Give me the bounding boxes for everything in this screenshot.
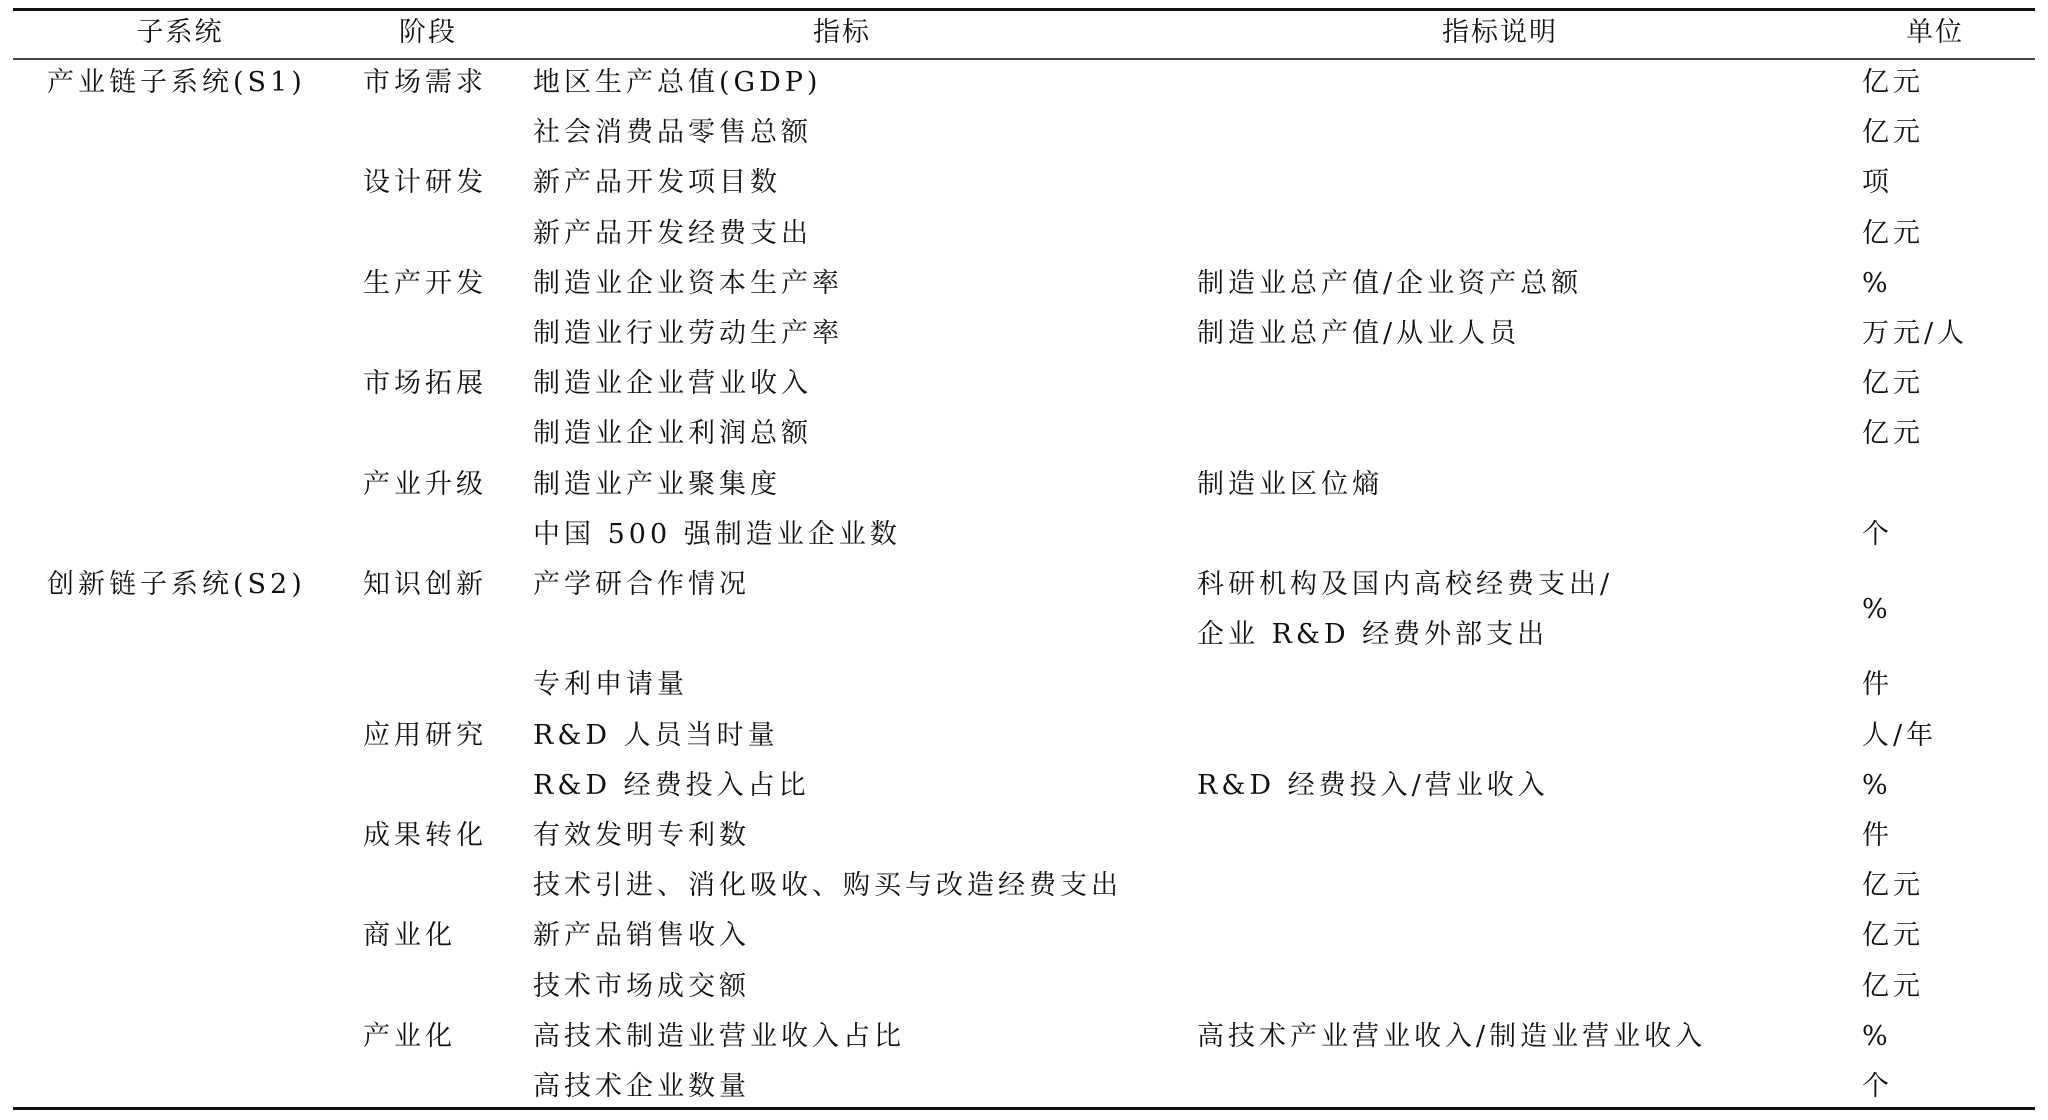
stage-label: 成果转化 xyxy=(363,819,487,853)
indicator-cell: 新产品开发经费支出 xyxy=(533,217,812,251)
unit-cell: 个 xyxy=(1862,518,1893,552)
indicator-cell: 新产品开发项目数 xyxy=(533,166,781,200)
header-subsystem: 子系统 xyxy=(137,16,224,50)
indicator-cell: 地区生产总值(GDP) xyxy=(533,66,821,100)
indicator-cell: 技术市场成交额 xyxy=(533,970,750,1004)
subsystem-label: 产业链子系统(S1) xyxy=(47,66,306,100)
header-stage: 阶段 xyxy=(399,16,457,50)
indicator-cell: 制造业行业劳动生产率 xyxy=(533,317,843,351)
indicator-cell: 中国 500 强制造业企业数 xyxy=(533,518,901,552)
unit-cell: 亿元 xyxy=(1862,367,1924,401)
description-cell: 制造业区位熵 xyxy=(1197,468,1383,502)
unit-cell: % xyxy=(1862,593,1892,627)
indicator-cell: 制造业企业资本生产率 xyxy=(533,267,843,301)
stage-label: 产业升级 xyxy=(363,468,487,502)
indicator-cell: R&D 经费投入占比 xyxy=(533,769,810,803)
unit-cell: % xyxy=(1862,267,1892,301)
unit-cell: 万元/人 xyxy=(1862,317,1968,351)
unit-cell: 亿元 xyxy=(1862,116,1924,150)
header-unit: 单位 xyxy=(1906,16,1964,50)
indicator-cell: 社会消费品零售总额 xyxy=(533,116,812,150)
table-top-rule xyxy=(13,8,2035,11)
indicator-cell: 制造业企业利润总额 xyxy=(533,417,812,451)
header-rule xyxy=(13,58,2035,60)
stage-label: 商业化 xyxy=(363,919,456,953)
indicator-cell: 新产品销售收入 xyxy=(533,919,750,953)
unit-cell: 亿元 xyxy=(1862,217,1924,251)
indicator-cell: R&D 人员当时量 xyxy=(533,719,779,753)
unit-cell: 项 xyxy=(1862,166,1893,200)
description-cell: 制造业总产值/企业资产总额 xyxy=(1197,267,1582,301)
description-cell: R&D 经费投入/营业收入 xyxy=(1197,769,1549,803)
stage-label: 市场需求 xyxy=(363,66,487,100)
unit-cell: 个 xyxy=(1862,1070,1893,1104)
description-cell-line2: 企业 R&D 经费外部支出 xyxy=(1197,618,1548,652)
unit-cell: % xyxy=(1862,769,1892,803)
unit-cell: 亿元 xyxy=(1862,417,1924,451)
stage-label: 知识创新 xyxy=(363,568,487,602)
indicator-cell: 制造业企业营业收入 xyxy=(533,367,812,401)
indicator-cell: 技术引进、消化吸收、购买与改造经费支出 xyxy=(533,869,1122,903)
stage-label: 产业化 xyxy=(363,1020,456,1054)
unit-cell: % xyxy=(1862,1020,1892,1054)
stage-label: 市场拓展 xyxy=(363,367,487,401)
unit-cell: 亿元 xyxy=(1862,970,1924,1004)
header-description: 指标说明 xyxy=(1442,16,1558,50)
header-indicator: 指标 xyxy=(813,16,871,50)
table-bottom-rule xyxy=(13,1107,2035,1110)
unit-cell: 件 xyxy=(1862,668,1893,702)
indicator-cell: 高技术制造业营业收入占比 xyxy=(533,1020,905,1054)
indicator-cell: 产学研合作情况 xyxy=(533,568,750,602)
indicator-cell: 专利申请量 xyxy=(533,668,688,702)
unit-cell: 亿元 xyxy=(1862,869,1924,903)
indicator-cell: 高技术企业数量 xyxy=(533,1070,750,1104)
description-cell: 制造业总产值/从业人员 xyxy=(1197,317,1520,351)
indicator-cell: 制造业产业聚集度 xyxy=(533,468,781,502)
unit-cell: 件 xyxy=(1862,819,1893,853)
stage-label: 设计研发 xyxy=(363,166,487,200)
subsystem-label: 创新链子系统(S2) xyxy=(47,568,306,602)
stage-label: 应用研究 xyxy=(363,719,487,753)
unit-cell: 亿元 xyxy=(1862,919,1924,953)
unit-cell: 人/年 xyxy=(1862,719,1937,753)
description-cell: 高技术产业营业收入/制造业营业收入 xyxy=(1197,1020,1706,1054)
stage-label: 生产开发 xyxy=(363,267,487,301)
description-cell: 科研机构及国内高校经费支出/ xyxy=(1197,568,1613,602)
indicator-cell: 有效发明专利数 xyxy=(533,819,750,853)
unit-cell: 亿元 xyxy=(1862,66,1924,100)
